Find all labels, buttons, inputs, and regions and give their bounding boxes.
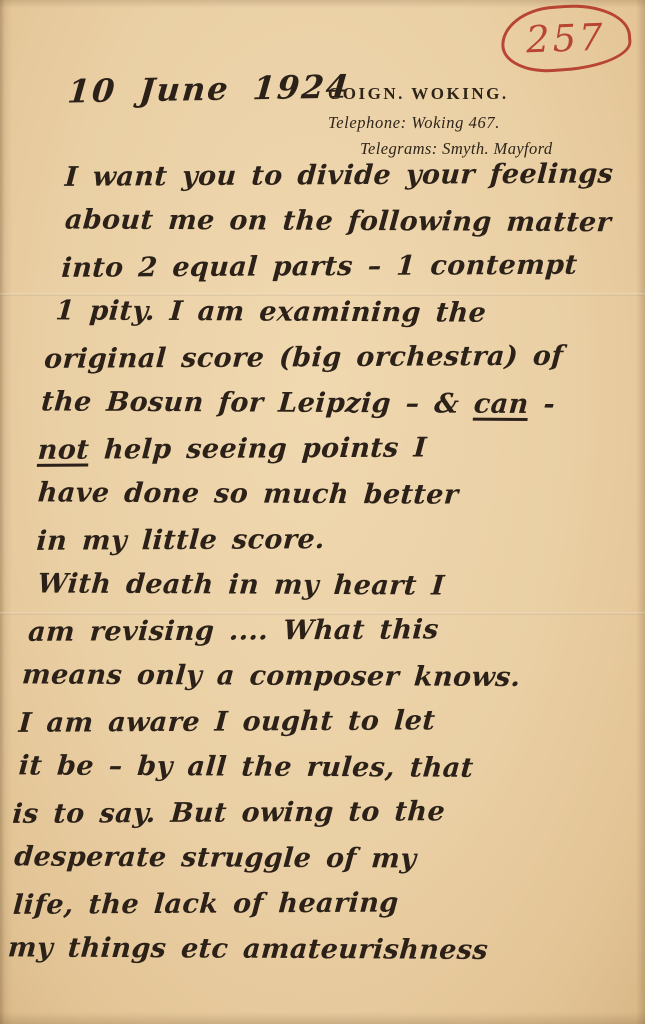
letter-page: 257 10 June 1924 COIGN. WOKING. Telephon…: [0, 0, 645, 1024]
handwritten-line: original score (big orchestra) of: [43, 333, 645, 382]
handwriting-text: I am aware I ought to let: [18, 705, 437, 739]
letter-body: I want you to divide your feelingsabout …: [1, 153, 645, 972]
letterhead: COIGN. WOKING. Telephone: Woking 467. Te…: [328, 84, 553, 159]
handwritten-line: my things etc amateurishness: [6, 925, 609, 974]
underlined-word: can: [473, 388, 530, 419]
handwriting-text: am revising .... What this: [27, 614, 440, 648]
handwritten-line: is to say. But owing to the: [11, 788, 619, 837]
handwriting-text: help seeing points I: [88, 432, 427, 465]
letter-date: 10 June 1924: [66, 68, 352, 111]
handwritten-line: it be – by all the rules, that: [17, 743, 622, 792]
handwriting-text: is to say. But owing to the: [11, 796, 446, 830]
handwriting-text: my things etc amateurishness: [7, 932, 489, 966]
handwriting-text: 1 pity. I am examining the: [54, 295, 487, 328]
handwritten-line: not help seeing points I: [36, 424, 644, 473]
handwriting-text: into 2 equal parts – 1 contempt: [61, 250, 579, 284]
letterhead-telephone: Telephone: Woking 467.: [328, 113, 553, 133]
handwriting-text: life, the lack of hearing: [12, 887, 400, 920]
handwritten-line: about me on the following matter: [63, 197, 645, 246]
handwriting-text: the Bosun for Leipzig – &: [40, 386, 475, 419]
handwriting-text: in my little score.: [35, 524, 325, 557]
handwritten-line: I am aware I ought to let: [17, 697, 625, 746]
archive-number-stamp: 257: [499, 1, 633, 76]
handwritten-line: life, the lack of hearing: [12, 879, 613, 928]
handwriting-text: desperate struggle of my: [13, 841, 417, 874]
handwriting-text: it be – by all the rules, that: [18, 750, 475, 783]
handwriting-text: I want you to divide your feelings: [64, 158, 614, 192]
handwritten-line: I want you to divide your feelings: [63, 151, 645, 200]
handwritten-line: the Bosun for Leipzig – & can -: [40, 379, 645, 428]
handwritten-line: am revising .... What this: [27, 606, 632, 655]
handwritten-line: means only a composer knows.: [20, 652, 628, 701]
handwritten-line: have done so much better: [36, 470, 641, 519]
handwriting-text: original score (big orchestra) of: [43, 341, 564, 375]
handwritten-line: 1 pity. I am examining the: [54, 288, 645, 337]
underlined-word: not: [37, 435, 90, 466]
archive-number: 257: [525, 15, 606, 61]
handwriting-text: have done so much better: [37, 477, 460, 510]
handwritten-line: in my little score.: [35, 515, 638, 564]
handwritten-line: into 2 equal parts – 1 contempt: [60, 242, 645, 291]
handwriting-text: means only a composer knows.: [21, 659, 522, 693]
handwritten-line: With death in my heart I: [36, 561, 635, 610]
handwritten-line: desperate struggle of my: [13, 834, 616, 883]
letterhead-address: COIGN. WOKING.: [328, 84, 553, 104]
handwriting-text: about me on the following matter: [64, 204, 613, 238]
handwriting-text: -: [528, 388, 557, 419]
handwriting-text: With death in my heart I: [36, 568, 445, 601]
